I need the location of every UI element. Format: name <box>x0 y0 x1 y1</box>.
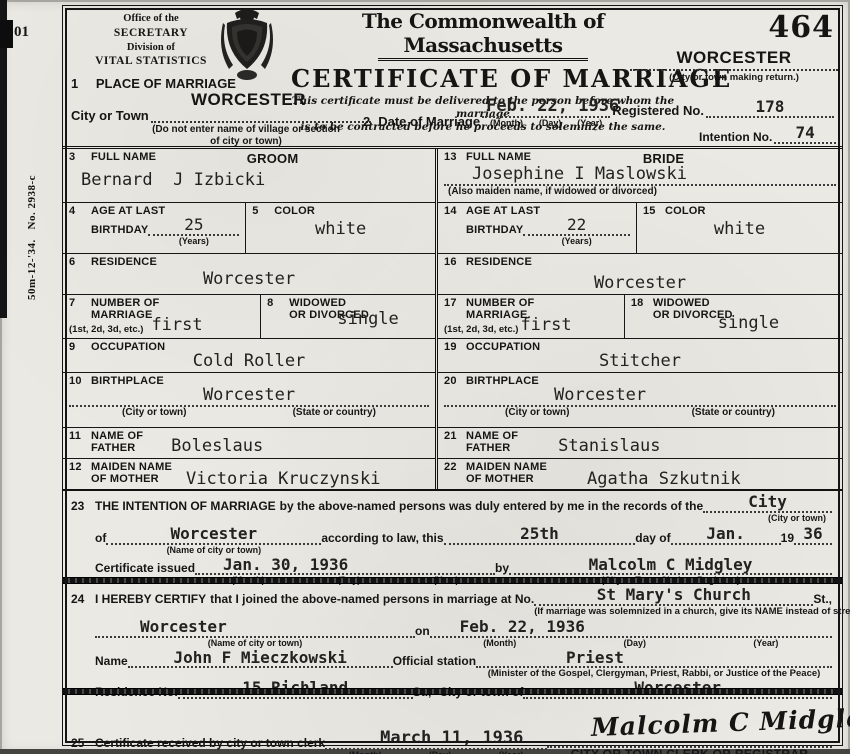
intention-no-label: Intention No. <box>699 130 772 144</box>
groom-full-name-row: 3 FULL NAME GROOM Bernard J Izbicki <box>63 149 435 203</box>
intention-month-field: Jan. <box>671 526 781 556</box>
date-value: Feb. 22, 1936 <box>482 98 610 118</box>
intention-day-value: 25th <box>444 526 636 545</box>
registered-no-value: 178 <box>706 99 834 118</box>
dotted-line <box>151 121 371 123</box>
groom-widowed-cell: 8WIDOWED OR DIVORCED single <box>260 295 435 338</box>
city-or-town-field: City or Town <box>71 108 371 123</box>
place-of-marriage-block: 1 PLACE OF MARRIAGE WORCESTER City or To… <box>71 76 371 147</box>
bride-mother-value: Agatha Szkutnik <box>587 469 741 489</box>
marriage-date-field: Feb. 22, 1936 (Month) (Day) (Year) <box>430 619 832 649</box>
groom-father-value: Boleslaus <box>171 436 263 456</box>
marriage-city-value: Worcester <box>95 619 415 638</box>
return-city-stamp: WORCESTER <box>630 48 838 71</box>
groom-mother-row: 12MAIDEN NAME OF MOTHER Victoria Kruczyn… <box>63 459 435 489</box>
groom-role-label: GROOM <box>156 151 429 166</box>
bride-age-field: 22 (Years) <box>523 217 630 247</box>
groom-occupation-value: Cold Roller <box>69 351 429 371</box>
official-station-value: Priest <box>476 650 832 669</box>
section-24-number: 24 <box>71 592 95 617</box>
commonwealth-title: The Commonwealth of Massachusetts <box>291 9 675 57</box>
bride-age-value: 22 <box>523 217 630 236</box>
intention-year-field: 36 <box>794 526 832 556</box>
groom-widowed-value: single <box>267 309 429 329</box>
marriage-location-value: St Mary's Church <box>534 587 813 606</box>
section-25-number: 25 <box>71 736 95 754</box>
intention-no-line: Intention No. 74 <box>699 125 836 144</box>
intention-day-field: 25th <box>444 526 636 556</box>
received-date-field: March 11, 1936 (Month) (Day) (Year) <box>325 730 547 754</box>
registered-no-label: Registered No. <box>612 103 704 129</box>
bride-father-value: Stanislaus <box>558 436 660 456</box>
bride-birthplace-caption-state: (State or country) <box>692 407 775 418</box>
office-line: VITAL STATISTICS <box>91 54 211 69</box>
section-divider <box>63 688 842 695</box>
groom-age-cell: 4AGE AT LAST BIRTHDAY 25 (Years) <box>63 203 245 253</box>
clerk-signature-block: Malcolm C Midgley CITY OR TOWN CLERK OR … <box>547 695 832 754</box>
bride-father-row: 21NAME OF FATHER Stanislaus <box>438 428 842 459</box>
bride-number-value: first <box>520 315 571 335</box>
place-of-marriage-label: 1 PLACE OF MARRIAGE <box>71 76 371 91</box>
marriage-city-field: Worcester (Name of city or town) <box>95 619 415 649</box>
bride-birthplace-caption-city: (City or town) <box>505 407 569 418</box>
bride-maiden-caption: (Also maiden name, if widowed or divorce… <box>444 186 836 197</box>
officiant-name-value: John F Mieczkowski <box>128 650 393 669</box>
intention-records-value: City <box>703 494 832 513</box>
bride-residence-value: Worcester <box>444 273 836 293</box>
bride-age-color-row: 14AGE AT LAST BIRTHDAY 22 (Years) 15COLO… <box>438 203 842 254</box>
date-captions: (Month) (Day) (Year) <box>482 118 610 129</box>
certificate-issued-value: Jan. 30, 1936 <box>195 557 495 576</box>
bride-number-cell: 17NUMBER OF MARRIAGE. (1st, 2d, 3d, etc.… <box>438 295 624 338</box>
date-label: Date of Marriage <box>378 114 480 129</box>
margin-corner-number: 01 <box>14 24 29 41</box>
groom-number-value: first <box>151 315 202 335</box>
solemnization-section: 24 I HEREBY CERTIFY that I joined the ab… <box>63 584 842 688</box>
date-item-no: 2 <box>363 114 370 129</box>
groom-age-value: 25 <box>148 217 239 236</box>
city-or-town-caption: (Do not enter name of village or section… <box>111 124 381 147</box>
office-line: SECRETARY <box>91 26 211 41</box>
bride-marriage-number-row: 17NUMBER OF MARRIAGE. (1st, 2d, 3d, etc.… <box>438 295 842 339</box>
groom-number-caption: (1st, 2d, 3d, etc.) <box>69 324 143 335</box>
groom-residence-value: Worcester <box>69 269 429 289</box>
groom-color-value: white <box>252 219 429 239</box>
groom-color-cell: 5COLOR white <box>245 203 435 253</box>
marriage-date-value: Feb. 22, 1936 <box>430 619 832 638</box>
groom-occupation-row: 9OCCUPATION Cold Roller <box>63 339 435 373</box>
bride-mother-row: 22MAIDEN NAME OF MOTHER Agatha Szkutnik <box>438 459 842 489</box>
date-field: Feb. 22, 1936 (Month) (Day) (Year) <box>482 98 610 129</box>
office-line: Office of the <box>91 12 211 26</box>
groom-birthplace-caption-city: (City or town) <box>122 407 186 418</box>
groom-age-field: 25 (Years) <box>148 217 239 247</box>
groom-birthplace-caption-state: (State or country) <box>293 407 376 418</box>
margin-form-number: 50m-12-'34. No. 2938-c <box>26 110 38 300</box>
bride-full-name-row: 13 FULL NAME BRIDE Josephine I Maslowski… <box>438 149 842 203</box>
place-of-marriage-value: WORCESTER <box>191 90 306 110</box>
received-date-value: March 11, 1936 <box>325 730 547 750</box>
groom-father-row: 11NAME OF FATHER Boleslaus <box>63 428 435 459</box>
issuing-office-block: Office of the SECRETARY Division of VITA… <box>91 12 211 69</box>
certificate-number: 464 <box>768 10 834 45</box>
intention-month-value: Jan. <box>671 526 781 545</box>
certificate-header: Office of the SECRETARY Division of VITA… <box>63 6 842 146</box>
intention-section: 23 THE INTENTION OF MARRIAGE by the abov… <box>63 489 842 577</box>
issuing-clerk-value: Malcolm C Midgley <box>509 557 832 576</box>
bride-birthplace-row: 20BIRTHPLACE Worcester (City or town) (S… <box>438 373 842 428</box>
parties-table: 3 FULL NAME GROOM Bernard J Izbicki 4AGE… <box>63 146 842 489</box>
bride-residence-row: 16RESIDENCE Worcester <box>438 254 842 295</box>
title-underline <box>378 58 588 61</box>
bride-occupation-row: 19OCCUPATION Stitcher <box>438 339 842 373</box>
officiant-name-field: John F Mieczkowski <box>128 650 393 680</box>
groom-residence-row: 6RESIDENCE Worcester <box>63 254 435 295</box>
bride-widowed-cell: 18WIDOWED OR DIVORCED single <box>624 295 842 338</box>
groom-number-cell: 7NUMBER OF MARRIAGE (1st, 2d, 3d, etc.) … <box>63 295 260 338</box>
office-line: Division of <box>91 41 211 55</box>
scan-corner-mark <box>0 20 13 48</box>
intention-city-value: Worcester <box>106 526 321 545</box>
groom-full-name-value: Bernard J Izbicki <box>81 170 429 190</box>
received-section: 25 Certificate received by city or town … <box>63 695 842 754</box>
bride-widowed-value: single <box>631 313 836 333</box>
groom-marriage-number-row: 7NUMBER OF MARRIAGE (1st, 2d, 3d, etc.) … <box>63 295 435 339</box>
bride-age-caption: (Years) <box>523 236 630 247</box>
return-city-caption: (City or town making return.) <box>630 72 838 83</box>
bride-number-caption: (1st, 2d, 3d, etc.) <box>444 324 518 335</box>
intention-records-field: City (City or town) <box>703 494 832 524</box>
intention-city-field: Worcester (Name of city or town) <box>106 526 321 556</box>
clerk-signature: Malcolm C Midgley <box>591 703 850 742</box>
groom-birthplace-value: Worcester <box>69 387 429 407</box>
return-city-block: WORCESTER (City or town making return.) <box>630 48 838 83</box>
bride-age-cell: 14AGE AT LAST BIRTHDAY 22 (Years) <box>438 203 636 253</box>
scanned-marriage-certificate: 01 50m-12-'34. No. 2938-c Office of the … <box>0 0 850 754</box>
intention-year-value: 36 <box>794 526 832 545</box>
section-23-number: 23 <box>71 499 95 524</box>
date-of-marriage-block: 2 Date of Marriage Feb. 22, 1936 (Month)… <box>363 98 836 129</box>
groom-column: 3 FULL NAME GROOM Bernard J Izbicki 4AGE… <box>63 149 435 489</box>
intention-no-value: 74 <box>774 125 836 144</box>
clerk-signature-caption: CITY OR TOWN CLERK OR REGISTRAR <box>547 748 832 754</box>
official-station-field: Priest (Minister of the Gospel, Clergyma… <box>476 650 832 680</box>
section-divider <box>63 577 842 584</box>
groom-birthplace-row: 10BIRTHPLACE Worcester (City or town) (S… <box>63 373 435 428</box>
groom-age-caption: (Years) <box>148 236 239 247</box>
bride-color-cell: 15COLOR white <box>636 203 842 253</box>
bride-occupation-value: Stitcher <box>444 351 836 371</box>
intention-no-field: 74 <box>774 125 836 144</box>
groom-age-color-row: 4AGE AT LAST BIRTHDAY 25 (Years) 5COLOR … <box>63 203 435 254</box>
groom-mother-value: Victoria Kruczynski <box>186 469 380 489</box>
bride-birthplace-value: Worcester <box>444 387 836 407</box>
certificate-frame: Office of the SECRETARY Division of VITA… <box>62 5 843 746</box>
bride-color-value: white <box>643 219 836 239</box>
bride-full-name-value: Josephine I Maslowski <box>444 166 836 186</box>
bride-column: 13 FULL NAME BRIDE Josephine I Maslowski… <box>435 149 842 489</box>
marriage-location-field: St Mary's Church (If marriage was solemn… <box>534 587 813 617</box>
